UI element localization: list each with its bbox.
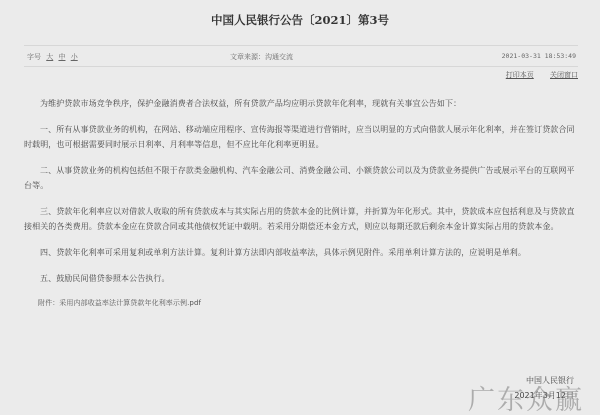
paragraph-4: 四、贷款年化利率可采用复利或单利方法计算。复利计算方法即内部收益率法，具体示例见… — [24, 245, 580, 260]
font-size-small-button[interactable]: 小 — [71, 53, 78, 61]
paragraph-1: 一、所有从事贷款业务的机构，在网站、移动端应用程序、宣传海报等渠道进行营销时，应… — [24, 122, 580, 152]
paragraph-3: 三、贷款年化利率应以对借款人收取的所有贷款成本与其实际占用的贷款本金的比例计算，… — [24, 204, 580, 234]
font-size-selector: 字号 大 中 小 — [27, 52, 78, 62]
paragraph-2: 二、从事贷款业务的机构包括但不限于存款类金融机构、汽车金融公司、消费金融公司、小… — [24, 163, 580, 193]
font-size-large-button[interactable]: 大 — [46, 53, 53, 61]
close-window-link[interactable]: 关闭窗口 — [550, 71, 578, 79]
publish-timestamp: 2021-03-31 18:53:49 — [502, 52, 576, 60]
paragraph-5: 五、鼓励民间借贷参照本公告执行。 — [24, 271, 580, 286]
attachment-link[interactable]: 附件：采用内部收益率法计算贷款年化利率示例.pdf — [24, 296, 580, 311]
print-page-link[interactable]: 打印本页 — [506, 71, 534, 79]
signature-date: 2021年3月12日 — [514, 388, 574, 403]
meta-bar: 字号 大 中 小 文章来源：沟通交流 2021-03-31 18:53:49 — [24, 45, 578, 67]
signature-block: 中国人民银行 2021年3月12日 — [514, 373, 574, 403]
announcement-page: 中国人民银行公告〔2021〕第3号 字号 大 中 小 文章来源：沟通交流 202… — [0, 0, 600, 415]
page-actions: 打印本页 关闭窗口 — [492, 70, 578, 80]
page-title: 中国人民银行公告〔2021〕第3号 — [0, 12, 600, 28]
announcement-body: 为维护贷款市场竞争秩序，保护金融消费者合法权益，所有贷款产品均应明示贷款年化利率… — [24, 96, 580, 322]
paragraph-intro: 为维护贷款市场竞争秩序，保护金融消费者合法权益，所有贷款产品均应明示贷款年化利率… — [24, 96, 580, 111]
signature-org: 中国人民银行 — [514, 373, 574, 388]
font-size-label: 字号 — [27, 53, 41, 61]
article-source: 文章来源：沟通交流 — [230, 52, 293, 62]
font-size-medium-button[interactable]: 中 — [58, 53, 65, 61]
